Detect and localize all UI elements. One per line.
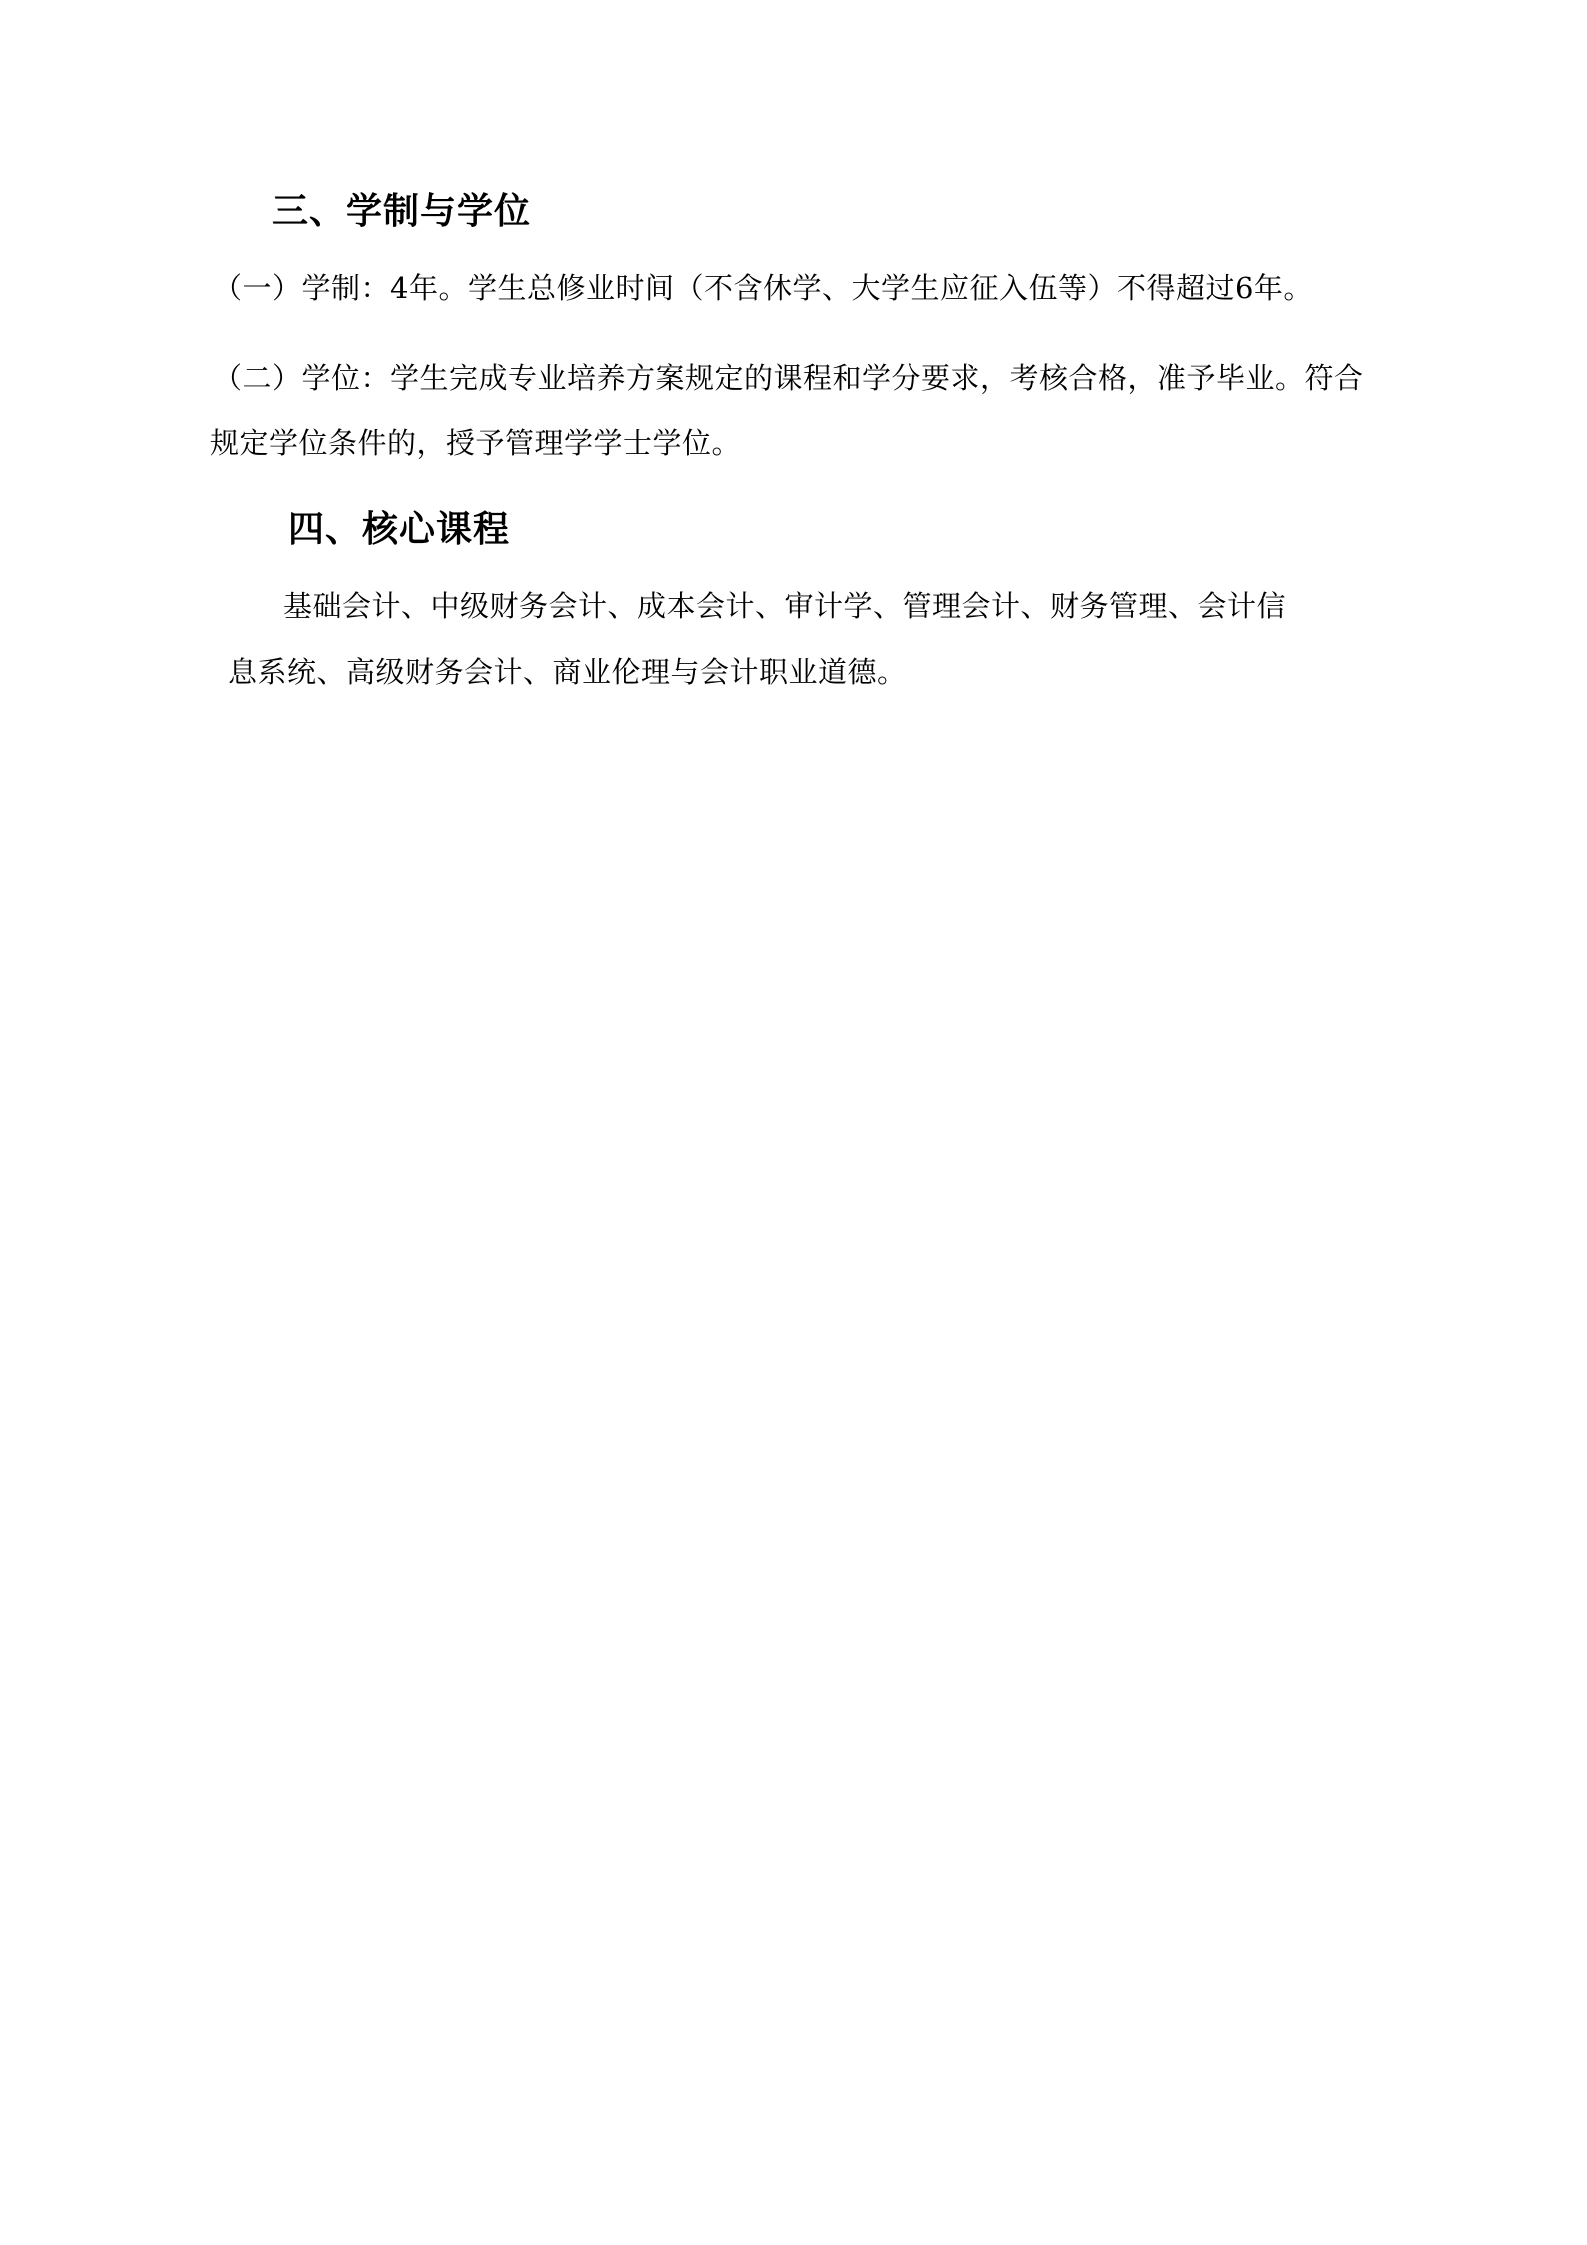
paragraph-line: 基础会计、中级财务会计、成本会计、审计学、管理会计、财务管理、会计信 [283, 586, 1286, 626]
paragraph-line: 息系统、高级财务会计、商业伦理与会计职业道德。 [228, 652, 907, 692]
paragraph-line: 规定学位条件的，授予管理学学士学位。 [210, 423, 741, 463]
document-page: 三、学制与学位 （一）学制：4年。学生总修业时间（不含休学、大学生应征入伍等）不… [0, 0, 1587, 2245]
section-heading: 三、学制与学位 [272, 190, 531, 234]
section-heading: 四、核心课程 [288, 508, 510, 552]
academic-system-paragraph: （一）学制：4年。学生总修业时间（不含休学、大学生应征入伍等）不得超过6年。 [213, 268, 1313, 308]
paragraph-line: （二）学位：学生完成专业培养方案规定的课程和学分要求，考核合格，准予毕业。符合 [213, 358, 1364, 398]
